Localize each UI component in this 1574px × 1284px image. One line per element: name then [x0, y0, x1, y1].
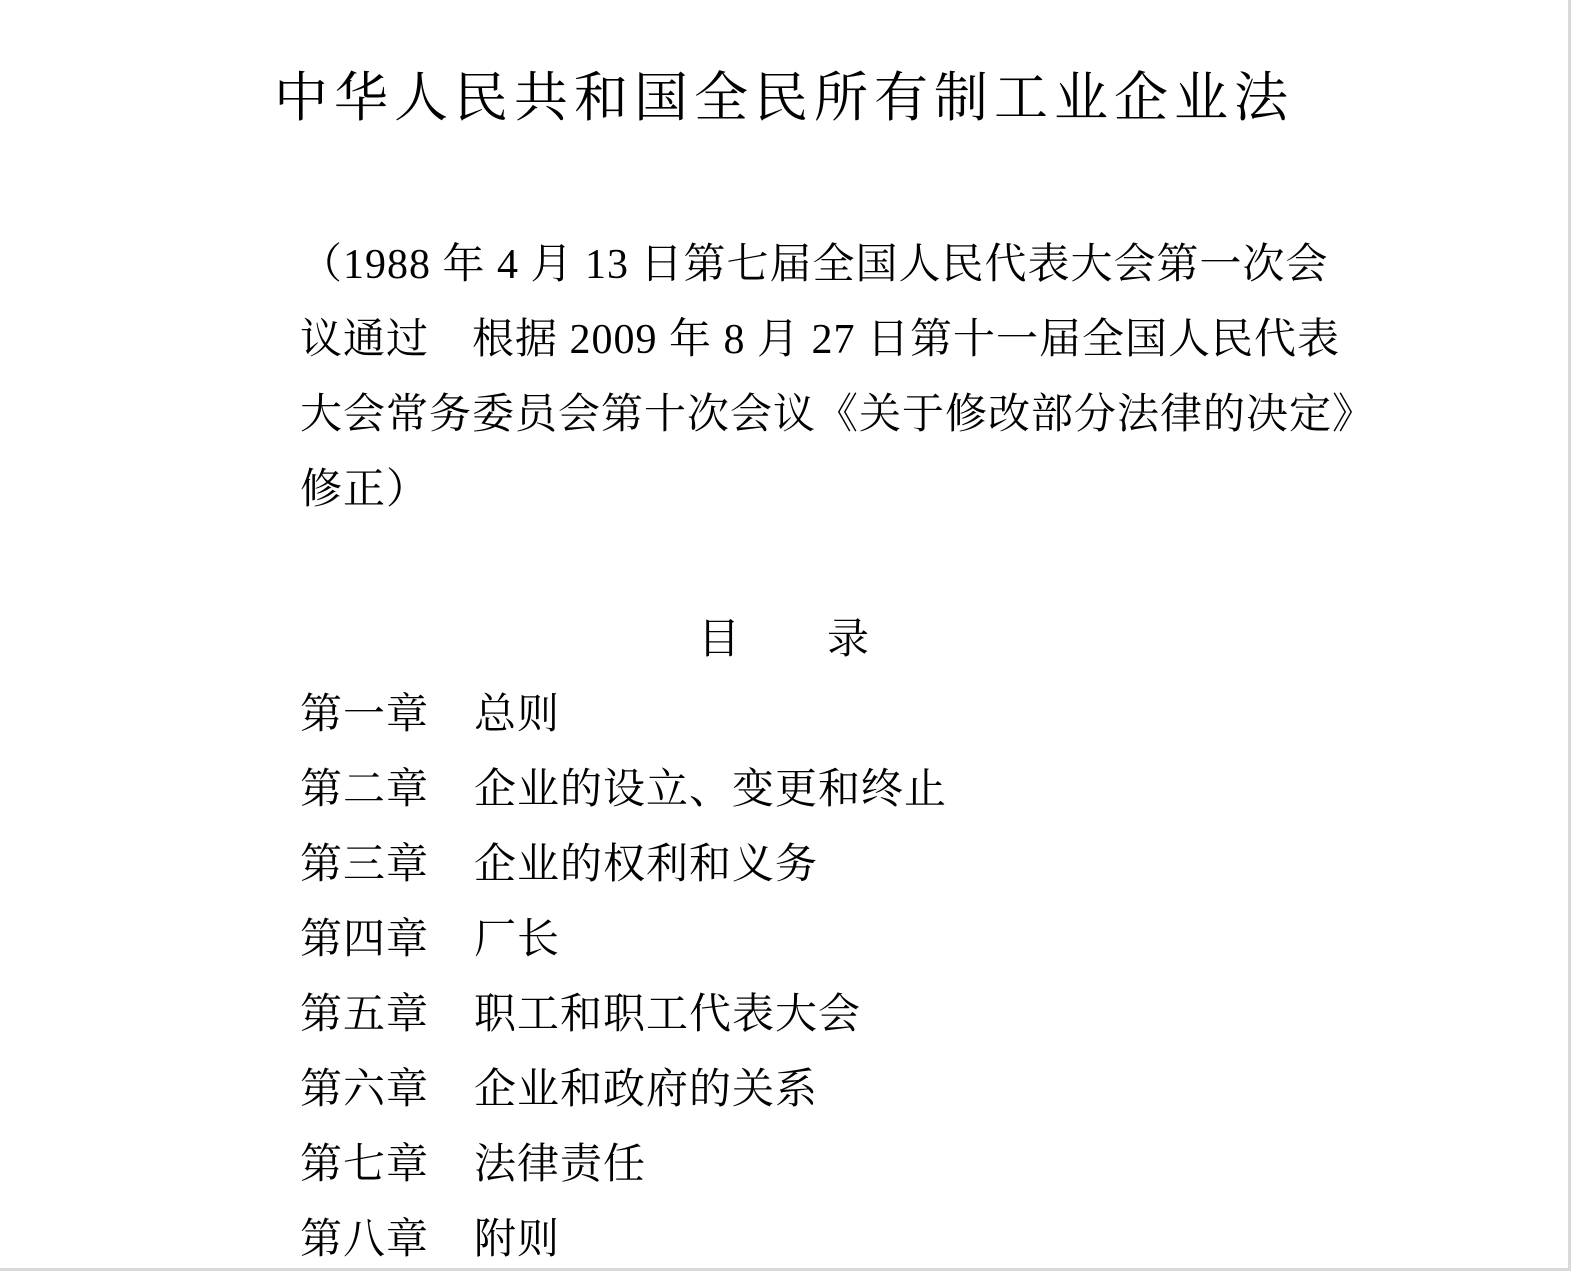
toc-chapter-number: 第三章 — [300, 828, 429, 903]
toc-chapter-number: 第六章 — [300, 1053, 429, 1128]
preamble-paragraph: （1988 年 4 月 13 日第七届全国人民代表大会第一次会 议通过 根据 2… — [0, 228, 1568, 528]
document-title: 中华人民共和国全民所有制工业企业法 — [0, 58, 1568, 138]
toc-chapter-number: 第七章 — [300, 1128, 429, 1203]
toc-list: 第一章总则 第二章企业的设立、变更和终止 第三章企业的权利和义务 第四章厂长 第… — [0, 678, 1568, 1271]
toc-heading: 目 录 — [0, 603, 1568, 678]
toc-item-chapter-8: 第八章附则 — [300, 1203, 1568, 1271]
toc-chapter-title: 总则 — [474, 692, 560, 738]
preamble-line: 修正） — [300, 453, 1348, 528]
toc-item-chapter-2: 第二章企业的设立、变更和终止 — [300, 753, 1568, 828]
toc-chapter-title: 企业和政府的关系 — [474, 1067, 818, 1113]
toc-item-chapter-3: 第三章企业的权利和义务 — [300, 828, 1568, 903]
toc-chapter-title: 企业的权利和义务 — [474, 842, 818, 888]
toc-item-chapter-5: 第五章职工和职工代表大会 — [300, 978, 1568, 1053]
toc-item-chapter-6: 第六章企业和政府的关系 — [300, 1053, 1568, 1128]
toc-chapter-title: 职工和职工代表大会 — [474, 992, 861, 1038]
toc-chapter-title: 企业的设立、变更和终止 — [474, 767, 947, 813]
toc-chapter-number: 第四章 — [300, 903, 429, 978]
toc-item-chapter-4: 第四章厂长 — [300, 903, 1568, 978]
toc-chapter-number: 第五章 — [300, 978, 429, 1053]
toc-item-chapter-1: 第一章总则 — [300, 678, 1568, 753]
toc-chapter-number: 第一章 — [300, 678, 429, 753]
preamble-line: 议通过 根据 2009 年 8 月 27 日第十一届全国人民代表 — [300, 303, 1348, 378]
toc-chapter-number: 第八章 — [300, 1203, 429, 1271]
toc-chapter-title: 厂长 — [474, 917, 560, 963]
document-page: 中华人民共和国全民所有制工业企业法 （1988 年 4 月 13 日第七届全国人… — [0, 0, 1571, 1271]
preamble-line: （1988 年 4 月 13 日第七届全国人民代表大会第一次会 — [300, 228, 1348, 303]
toc-chapter-title: 法律责任 — [474, 1142, 646, 1188]
toc-item-chapter-7: 第七章法律责任 — [300, 1128, 1568, 1203]
toc-chapter-number: 第二章 — [300, 753, 429, 828]
toc-chapter-title: 附则 — [474, 1217, 560, 1263]
preamble-line: 大会常务委员会第十次会议《关于修改部分法律的决定》 — [300, 378, 1348, 453]
